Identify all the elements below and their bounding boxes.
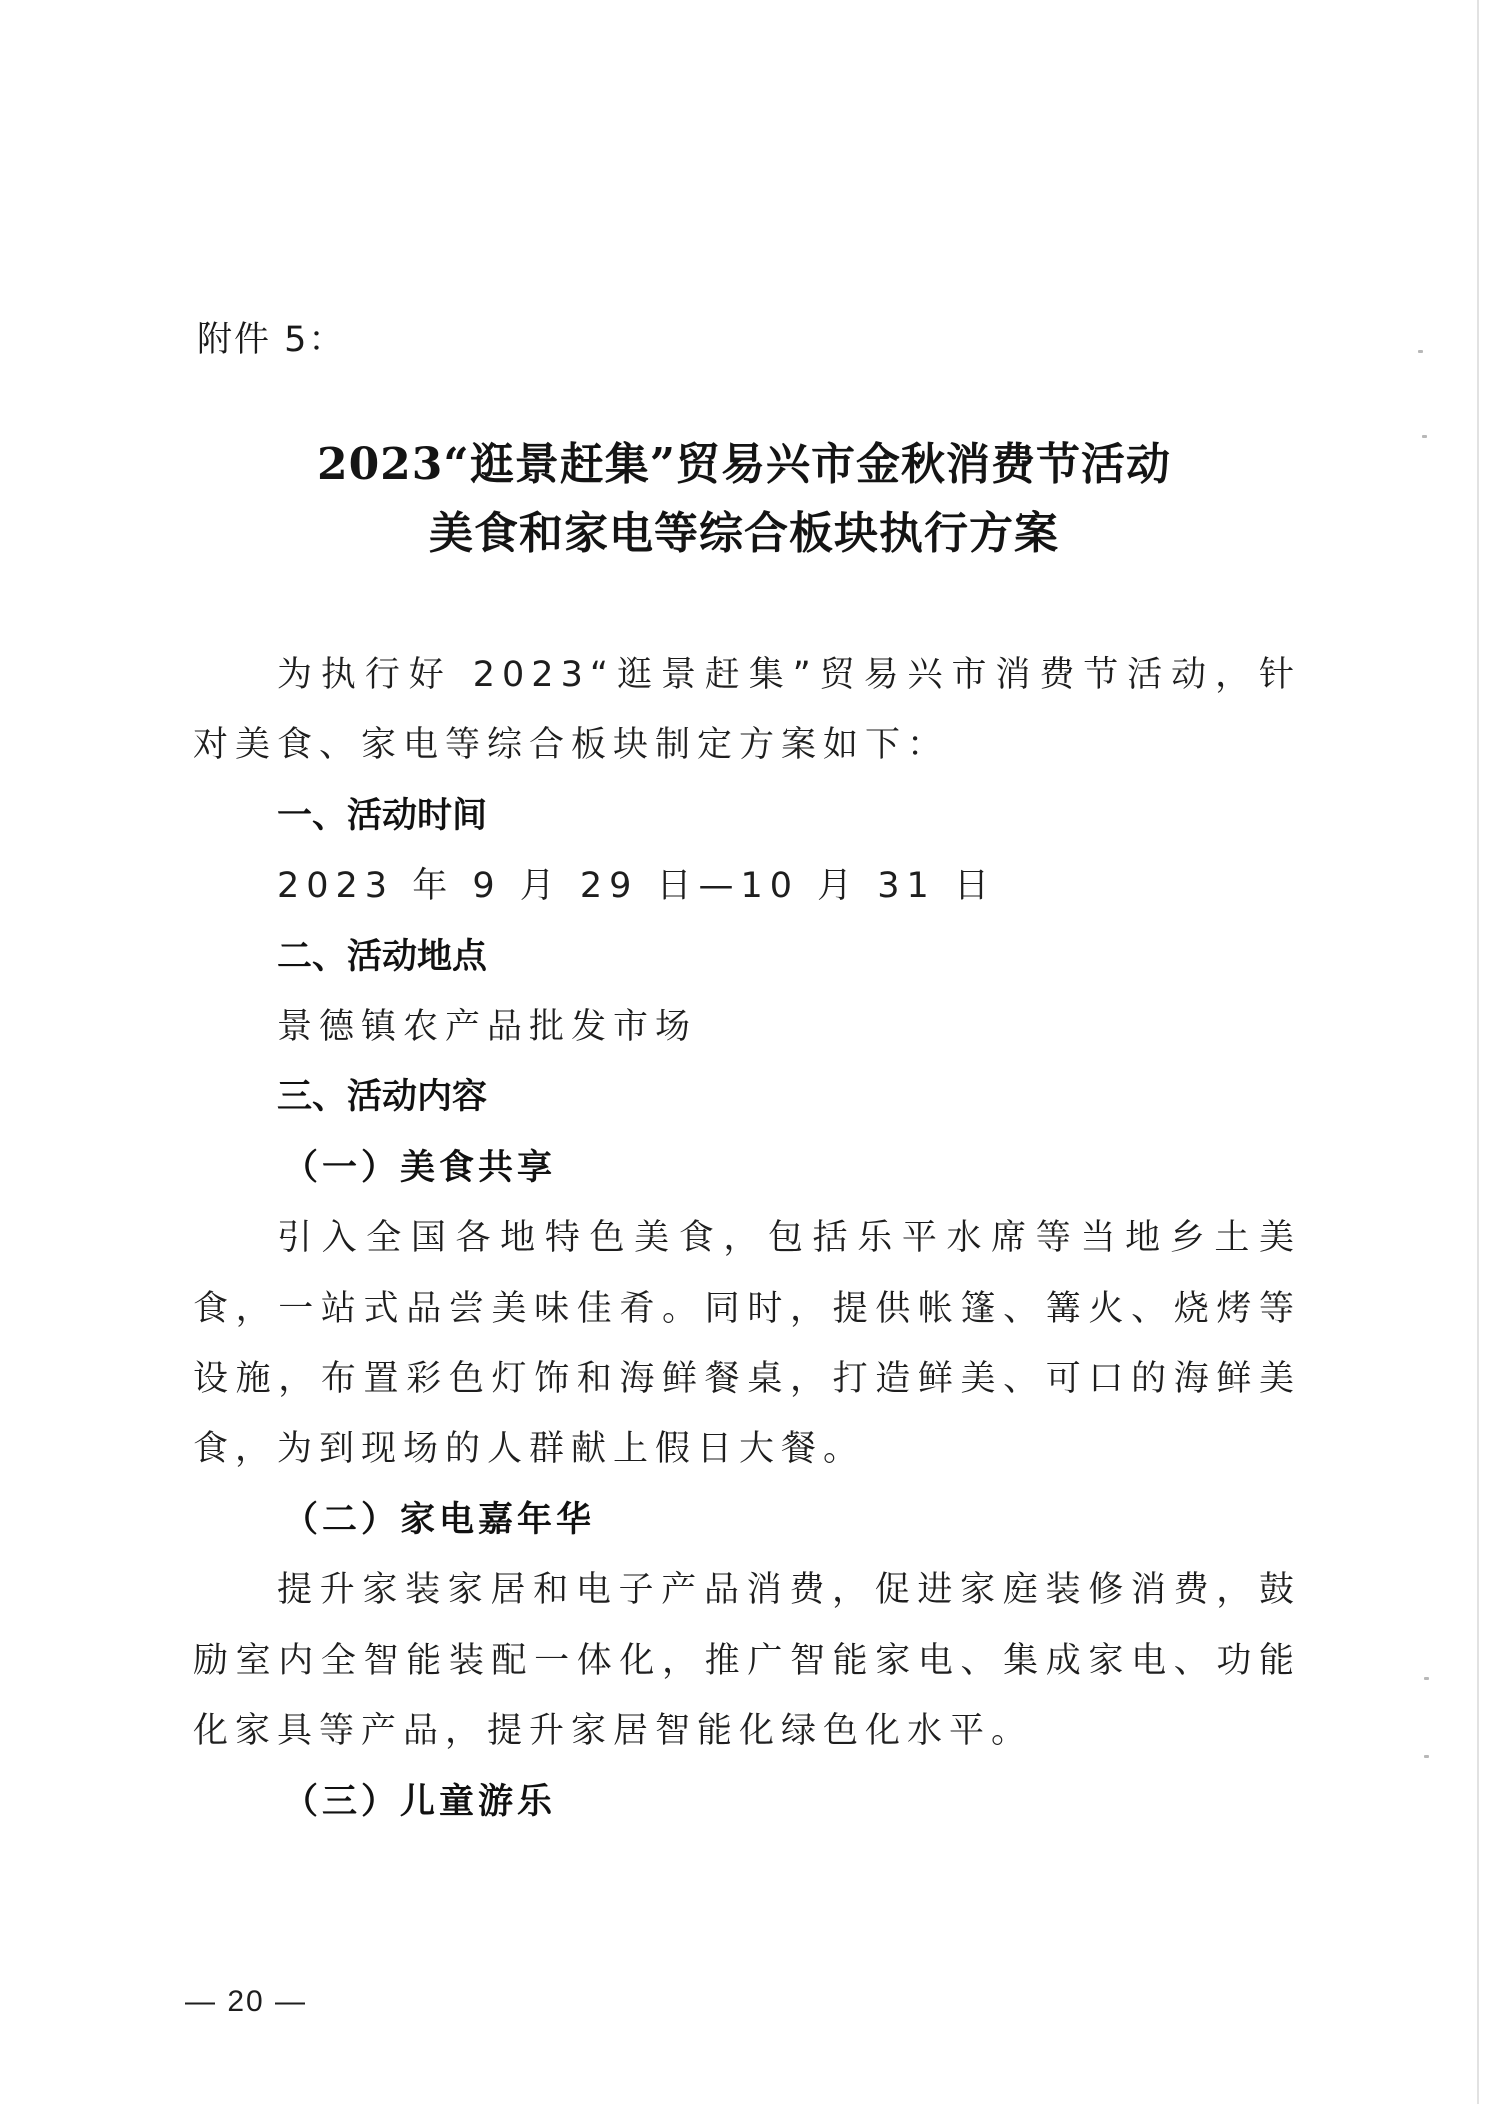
- subsection-content-appliances: 提升家装家居和电子产品消费，促进家庭装修消费，鼓励室内全智能装配一体化，推广智能…: [193, 1555, 1301, 1766]
- scan-speck: [1424, 1755, 1429, 1758]
- document-body: 为执行好 2023“逛景赶集”贸易兴市消费节活动，针对美食、家电等综合板块制定方…: [193, 640, 1301, 1837]
- document-page: 附件 5： 2023“逛景赶集”贸易兴市金秋消费节活动 美食和家电等综合板块执行…: [0, 0, 1488, 2104]
- section-heading-content: 三、活动内容: [193, 1062, 1301, 1132]
- page-number: — 20 —: [185, 1985, 307, 2019]
- scan-speck: [1418, 350, 1423, 353]
- intro-paragraph: 为执行好 2023“逛景赶集”贸易兴市消费节活动，针对美食、家电等综合板块制定方…: [193, 640, 1301, 781]
- scan-speck: [1424, 1677, 1429, 1680]
- section-heading-location: 二、活动地点: [193, 922, 1301, 992]
- subsection-heading-kids: （三）儿童游乐: [193, 1767, 1301, 1837]
- section-content-location: 景德镇农产品批发市场: [193, 992, 1301, 1062]
- document-title-line-2: 美食和家电等综合板块执行方案: [0, 497, 1488, 561]
- scan-edge-line: [1477, 0, 1479, 2104]
- document-title-line-1: 2023“逛景赶集”贸易兴市金秋消费节活动: [0, 428, 1488, 492]
- attachment-label: 附件 5：: [197, 312, 345, 362]
- section-content-time: 2023 年 9 月 29 日—10 月 31 日: [193, 851, 1301, 921]
- subsection-heading-appliances: （二）家电嘉年华: [193, 1485, 1301, 1555]
- subsection-content-food: 引入全国各地特色美食，包括乐平水席等当地乡土美食，一站式品尝美味佳肴。同时，提供…: [193, 1203, 1301, 1485]
- section-heading-time: 一、活动时间: [193, 781, 1301, 851]
- subsection-heading-food: （一）美食共享: [193, 1133, 1301, 1203]
